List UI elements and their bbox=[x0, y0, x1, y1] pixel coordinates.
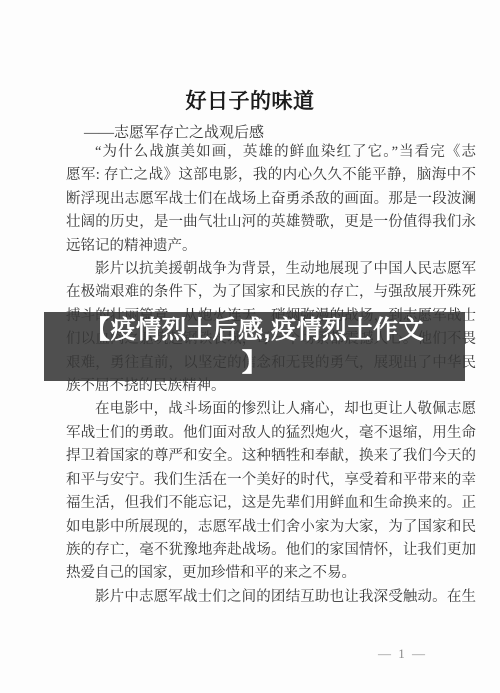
text-line: 族的存亡，毫不犹豫地奔赴战场。他们的家国情怀，让我们更加 bbox=[66, 539, 476, 562]
text-line: 热爱自己的国家，更加珍惜和平的来之不易。 bbox=[66, 562, 476, 585]
text-line: 和平与安宁。我们生活在一个美好的时代，享受着和平带来的幸 bbox=[66, 469, 476, 492]
text-line: 远铭记的精神遗产。 bbox=[66, 235, 476, 258]
text-line: 如电影中所展现的，志愿军战士们舍小家为大家，为了国家和民 bbox=[66, 516, 476, 539]
text-line: 军战士们的勇敢。他们面对敌人的猛烈炮火，毫不退缩，用生命 bbox=[66, 422, 476, 445]
text-line: 福生活，但我们不能忘记，这是先辈们用鲜血和生命换来的。正 bbox=[66, 492, 476, 515]
watermark-banner: 【疫情烈士后感,疫情烈士作文 】 bbox=[44, 312, 465, 381]
text-line: 在极端艰难的条件下，为了国家和民族的存亡，与强敌展开殊死 bbox=[66, 281, 476, 304]
watermark-text-line-1: 【疫情烈士后感,疫情烈士作文 bbox=[85, 314, 424, 347]
text-line: 壮阔的历史，是一曲气壮山河的英雄赞歌，更是一份值得我们永 bbox=[66, 211, 476, 234]
text-line: 在电影中，战斗场面的惨烈让人痛心，却也更让人敬佩志愿 bbox=[66, 398, 476, 421]
text-line: “为什么战旗美如画，英雄的鲜血染红了它。”当看完《志 bbox=[66, 141, 476, 164]
page-title: 好日子的味道 bbox=[0, 85, 500, 115]
text-line: 影片中志愿军战士们之间的团结互助也让我深受触动。在生 bbox=[66, 586, 476, 609]
document-page: 好日子的味道 ——志愿军存亡之战观后感 “为什么战旗美如画，英雄的鲜血染红了它。… bbox=[0, 0, 500, 693]
page-subtitle: ——志愿军存亡之战观后感 bbox=[84, 121, 264, 142]
text-line: 愿军: 存亡之战》这部电影，我的内心久久不能平静，脑海中不 bbox=[66, 164, 476, 187]
watermark-text-line-2: 】 bbox=[242, 347, 268, 380]
text-line: 影片以抗美援朝战争为背景，生动地展现了中国人民志愿军 bbox=[66, 258, 476, 281]
page-number: — 1 — bbox=[355, 646, 450, 662]
text-line: 断浮现出志愿军战士们在战场上奋勇杀敌的画面。那是一段波澜 bbox=[66, 188, 476, 211]
text-line: 捍卫着国家的尊严和安全。这种牺牲和奉献，换来了我们今天的 bbox=[66, 445, 476, 468]
